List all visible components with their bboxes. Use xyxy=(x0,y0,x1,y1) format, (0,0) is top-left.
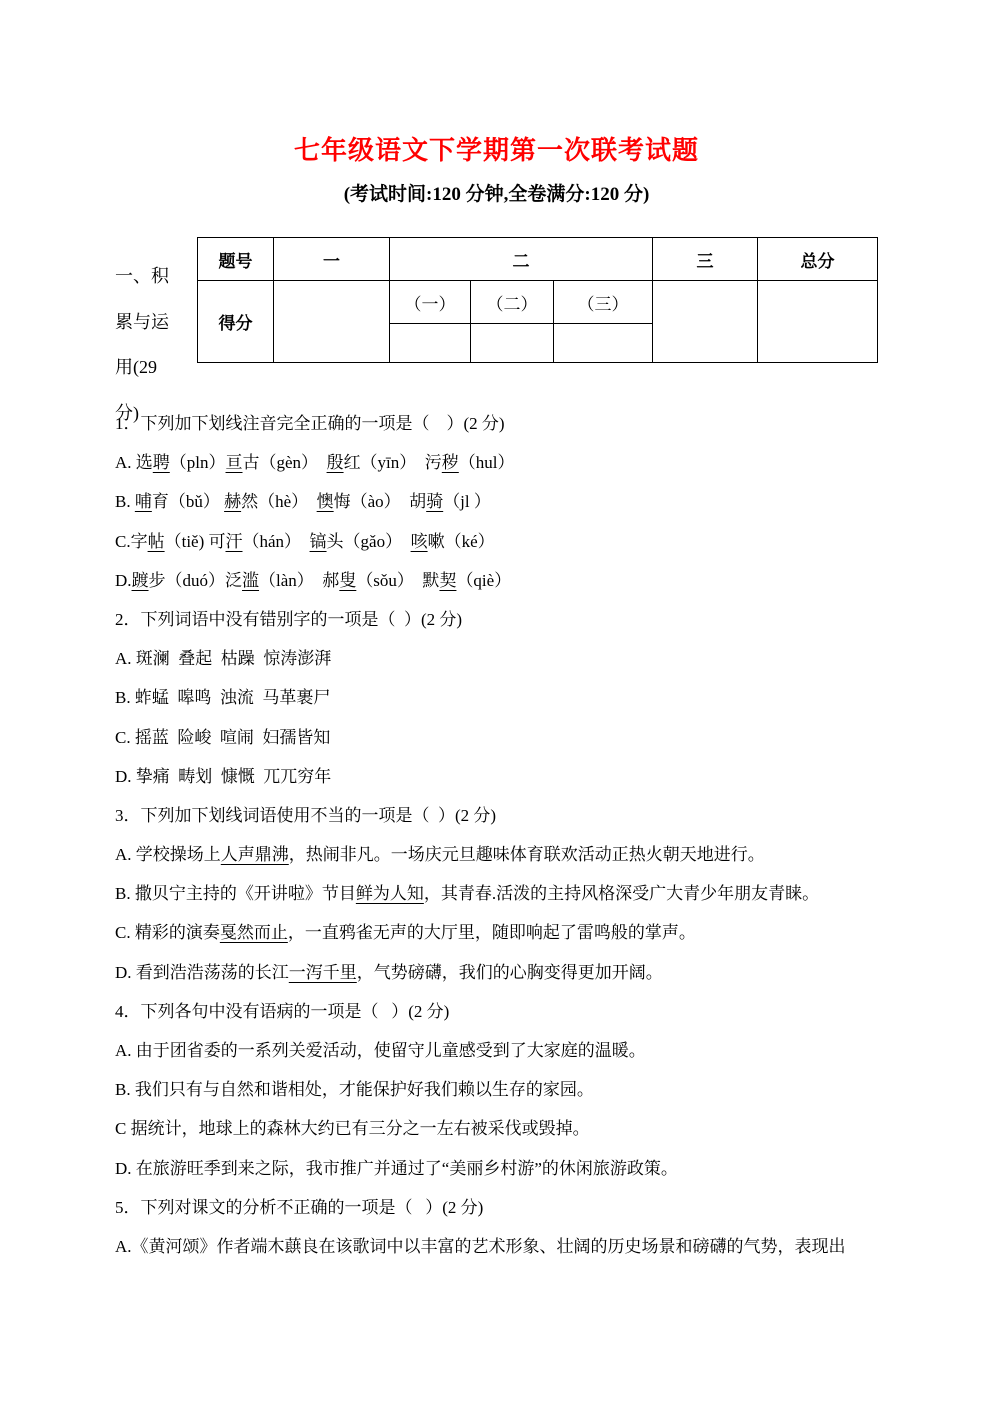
score-table-score-sub-1 xyxy=(390,324,471,363)
q1-option-d: D.踱步（duó）泛滥（làn） 郝叟（sǒu） 默契（qiè） xyxy=(115,561,975,600)
underlined-term: 哺 xyxy=(135,492,152,511)
underlined-term: 人声鼎沸 xyxy=(221,845,289,864)
q3-option-c: C. 精彩的演奏戛然而止，一直鸦雀无声的大厅里，随即响起了雷鸣般的掌声。 xyxy=(115,913,975,952)
score-table-score-sub-2 xyxy=(471,324,554,363)
underlined-term: 殷 xyxy=(327,453,344,472)
score-table-cell-total: 总分 xyxy=(758,238,878,281)
text-run: 红（yīn） 污 xyxy=(344,453,442,472)
q3-option-b: B. 撒贝宁主持的《开讲啦》节目鲜为人知，其青春.活泼的主持风格深受广大青少年朋… xyxy=(115,874,975,913)
underlined-term: 叟 xyxy=(339,571,356,590)
text-run: A.《黄河颂》作者端木蕻良在该歌词中以丰富的艺术形象、壮阔的历史场景和磅礴的气势… xyxy=(115,1237,846,1256)
score-table: 题号 一 二 三 总分 得分 （一） （二） （三） xyxy=(197,237,878,363)
text-run: 步（duó）泛 xyxy=(149,571,243,590)
text-run: D. 看到浩浩荡荡的长江 xyxy=(115,963,289,982)
q5-stem: 5．下列对课文的分析不正确的一项是（ ）(2 分) xyxy=(115,1188,975,1227)
text-run: C. 摇蓝 险峻 喧闹 妇孺皆知 xyxy=(115,728,330,747)
q1-stem: 1．下列加下划线注音完全正确的一项是（ ）(2 分) xyxy=(115,404,975,443)
text-run: （qiè） xyxy=(456,571,511,590)
underlined-term: 鲜为人知 xyxy=(356,884,424,903)
q4-option-d: D. 在旅游旺季到来之际，我市推广并通过了“美丽乡村游”的休闲旅游政策。 xyxy=(115,1149,975,1188)
underlined-term: 咳 xyxy=(411,532,428,551)
underlined-term: 秽 xyxy=(442,453,459,472)
q1-option-c: C.字帖（tiě) 可汗（hán） 镐头（gǎo） 咳嗽（ké） xyxy=(115,522,975,561)
score-table-sub-1: （一） xyxy=(390,281,471,324)
underlined-term: 赫 xyxy=(224,492,241,511)
text-run: 古（gèn） xyxy=(243,453,327,472)
score-table-score-sub-3 xyxy=(554,324,653,363)
text-run: D. 在旅游旺季到来之际，我市推广并通过了“美丽乡村游”的休闲旅游政策。 xyxy=(115,1159,678,1178)
text-run: （hul） xyxy=(459,453,515,472)
text-run: 1．下列加下划线注音完全正确的一项是（ ）(2 分) xyxy=(115,414,505,433)
text-run: B. 我们只有与自然和谐相处，才能保护好我们赖以生存的家园。 xyxy=(115,1080,594,1099)
text-run: 嗽（ké） xyxy=(428,532,495,551)
q4-stem: 4．下列各句中没有语病的一项是（ ）(2 分) xyxy=(115,992,975,1031)
text-run: C.字 xyxy=(115,532,148,551)
text-run: （tiě) 可 xyxy=(165,532,226,551)
q2-option-d: D. 挚痛 畴划 慷慨 兀兀穷年 xyxy=(115,757,975,796)
text-run: 3．下列加下划线词语使用不当的一项是（ ）(2 分) xyxy=(115,806,496,825)
score-table-score-cell-total xyxy=(758,281,878,363)
text-run: B. 蚱蜢 嗥鸣 浊流 马革裹尸 xyxy=(115,688,330,707)
underlined-term: 聘 xyxy=(153,453,170,472)
text-run: A. 选 xyxy=(115,453,153,472)
underlined-term: 一泻千里 xyxy=(289,963,357,982)
score-table-cell-three: 三 xyxy=(653,238,758,281)
text-run: （hán） xyxy=(243,532,310,551)
underlined-term: 戛然而止 xyxy=(220,923,288,942)
text-run: （làn） 郝 xyxy=(259,571,339,590)
text-run: D. 挚痛 畴划 慷慨 兀兀穷年 xyxy=(115,767,331,786)
q2-option-c: C. 摇蓝 险峻 喧闹 妇孺皆知 xyxy=(115,718,975,757)
underlined-term: 镐 xyxy=(310,532,327,551)
score-table-sub-row: 得分 （一） （二） （三） xyxy=(198,281,878,324)
q1-option-b: B. 哺育（bǔ） 赫然（hè） 懊悔（ào） 胡骑（jl ） xyxy=(115,482,975,521)
q5-option-a: A.《黄河颂》作者端木蕻良在该歌词中以丰富的艺术形象、壮阔的历史场景和磅礴的气势… xyxy=(115,1227,975,1266)
q4-option-c: C 据统计，地球上的森林大约已有三分之一左右被采伐或毁掉。 xyxy=(115,1109,975,1148)
score-table-score-cell-three xyxy=(653,281,758,363)
q4-option-a: A. 由于团省委的一系列关爱活动，使留守儿童感受到了大家庭的温暖。 xyxy=(115,1031,975,1070)
text-run: 4．下列各句中没有语病的一项是（ ）(2 分) xyxy=(115,1002,449,1021)
score-table-sub-2: （二） xyxy=(471,281,554,324)
score-table-header-row: 题号 一 二 三 总分 xyxy=(198,238,878,281)
q1-option-a: A. 选聘（pln）亘古（gèn） 殷红（yīn） 污秽（hul） xyxy=(115,443,975,482)
score-table-cell-tihao: 题号 xyxy=(198,238,274,281)
text-run: （sǒu） 默 xyxy=(356,571,439,590)
page-title: 七年级语文下学期第一次联考试题 xyxy=(0,130,993,167)
text-run: B. 撒贝宁主持的《开讲啦》节目 xyxy=(115,884,356,903)
question-lines: 1．下列加下划线注音完全正确的一项是（ ）(2 分)A. 选聘（pln）亘古（g… xyxy=(115,404,975,1266)
text-run: C 据统计，地球上的森林大约已有三分之一左右被采伐或毁掉。 xyxy=(115,1119,590,1138)
text-run: A. 斑澜 叠起 枯躁 惊涛澎湃 xyxy=(115,649,331,668)
q2-option-b: B. 蚱蜢 嗥鸣 浊流 马革裹尸 xyxy=(115,678,975,717)
text-run: ，其青春.活泼的主持风格深受广大青少年朋友青睐。 xyxy=(424,884,819,903)
underlined-term: 汗 xyxy=(226,532,243,551)
text-run: A. 学校操场上 xyxy=(115,845,221,864)
underlined-term: 骑 xyxy=(426,492,443,511)
text-run: D. xyxy=(115,571,132,590)
text-run: B. xyxy=(115,492,135,511)
q2-option-a: A. 斑澜 叠起 枯躁 惊涛澎湃 xyxy=(115,639,975,678)
score-table-cell-one: 一 xyxy=(274,238,390,281)
underlined-term: 帖 xyxy=(148,532,165,551)
text-run: A. 由于团省委的一系列关爱活动，使留守儿童感受到了大家庭的温暖。 xyxy=(115,1041,646,1060)
text-run: ，一直鸦雀无声的大厅里，随即响起了雷鸣般的掌声。 xyxy=(288,923,696,942)
text-run: 然（hè） xyxy=(241,492,317,511)
text-run: ，热闹非凡。一场庆元旦趣味体育联欢活动正热火朝天地进行。 xyxy=(289,845,765,864)
text-run: ，气势磅礴，我们的心胸变得更加开阔。 xyxy=(357,963,663,982)
underlined-term: 滥 xyxy=(242,571,259,590)
text-run: 育（bǔ） xyxy=(152,492,224,511)
text-run: 头（gǎo） xyxy=(327,532,411,551)
q3-option-d: D. 看到浩浩荡荡的长江一泻千里，气势磅礴，我们的心胸变得更加开阔。 xyxy=(115,953,975,992)
text-run: 5．下列对课文的分析不正确的一项是（ ）(2 分) xyxy=(115,1198,483,1217)
text-run: （pln） xyxy=(170,453,226,472)
underlined-term: 踱 xyxy=(132,571,149,590)
underlined-term: 亘 xyxy=(226,453,243,472)
underlined-term: 契 xyxy=(439,571,456,590)
score-table-score-cell-one xyxy=(274,281,390,363)
text-run: 2．下列词语中没有错别字的一项是（ ）(2 分) xyxy=(115,610,462,629)
text-run: （jl ） xyxy=(443,492,491,511)
q2-stem: 2．下列词语中没有错别字的一项是（ ）(2 分) xyxy=(115,600,975,639)
score-table-cell-defen: 得分 xyxy=(198,281,274,363)
q4-option-b: B. 我们只有与自然和谐相处，才能保护好我们赖以生存的家园。 xyxy=(115,1070,975,1109)
exam-page: 七年级语文下学期第一次联考试题 (考试时间:120 分钟,全卷满分:120 分)… xyxy=(0,0,993,1404)
text-run: C. 精彩的演奏 xyxy=(115,923,220,942)
score-table-cell-two: 二 xyxy=(390,238,653,281)
page-subtitle: (考试时间:120 分钟,全卷满分:120 分) xyxy=(0,179,993,206)
q3-stem: 3．下列加下划线词语使用不当的一项是（ ）(2 分) xyxy=(115,796,975,835)
score-table-sub-3: （三） xyxy=(554,281,653,324)
q3-option-a: A. 学校操场上人声鼎沸，热闹非凡。一场庆元旦趣味体育联欢活动正热火朝天地进行。 xyxy=(115,835,975,874)
text-run: 悔（ào） 胡 xyxy=(334,492,427,511)
underlined-term: 懊 xyxy=(317,492,334,511)
